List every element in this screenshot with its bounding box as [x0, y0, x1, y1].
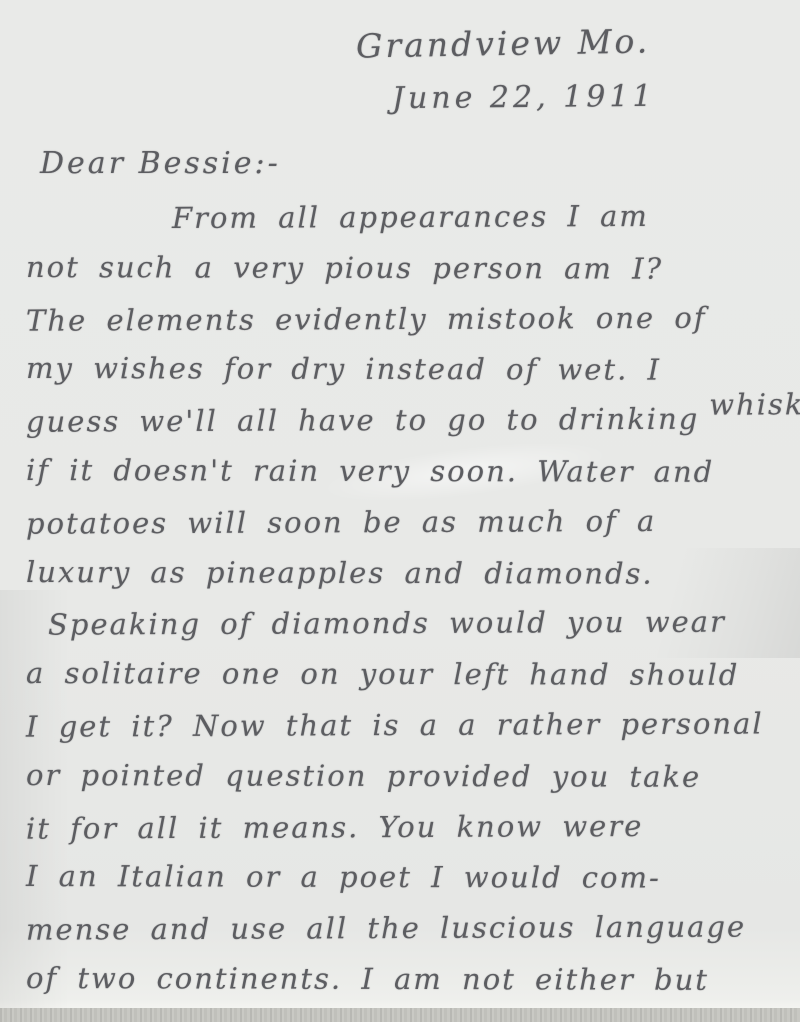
letter-place-line: Grandview Mo.	[356, 21, 651, 65]
letter-line-5: guess we'll all have to go to drinkingwh…	[26, 394, 788, 448]
letter-line-14: I an Italian or a poet I would com-	[26, 851, 788, 904]
scan-bottom-edge	[0, 1008, 800, 1022]
letter-line-9: Speaking of diamonds would you wear	[26, 597, 788, 651]
letter-line-1: From all appearances I am	[26, 190, 788, 244]
scan-background: Grandview Mo. June 22, 1911 Dear Bessie:…	[0, 0, 800, 1022]
letter-line-15: mense and use all the luscious language	[26, 901, 788, 955]
letter-line-5-text: guess we'll all have to go to drinking	[26, 402, 699, 439]
letter-line-13: it for all it means. You know were	[26, 800, 788, 854]
letter-line-11: I get it? Now that is a a rather persona…	[26, 698, 788, 752]
raised-word-whisky: whisky	[709, 379, 800, 430]
letter-date-line: June 22, 1911	[392, 79, 656, 116]
letter-line-12: or pointed question provided you take	[26, 750, 788, 803]
letter-line-7: potatoes will soon be as much of a	[26, 495, 788, 549]
letter-line-2: not such a very pious person am I?	[26, 242, 788, 295]
letter-line-3: The elements evidently mistook one of	[26, 292, 788, 346]
letter-line-6: if it doesn't rain very soon. Water and	[26, 445, 788, 498]
letter-line-4: my wishes for dry instead of wet. I	[26, 343, 788, 396]
letter-line-16: of two continents. I am not either but	[26, 953, 788, 1006]
letter-line-10: a solitaire one on your left hand should	[26, 648, 788, 701]
letter-page: Grandview Mo. June 22, 1911 Dear Bessie:…	[0, 0, 800, 1009]
letter-line-8: luxury as pineapples and diamonds.	[26, 547, 788, 600]
letter-body: From all appearances I am not such a ver…	[26, 192, 788, 1005]
letter-salutation: Dear Bessie:-	[40, 146, 281, 181]
